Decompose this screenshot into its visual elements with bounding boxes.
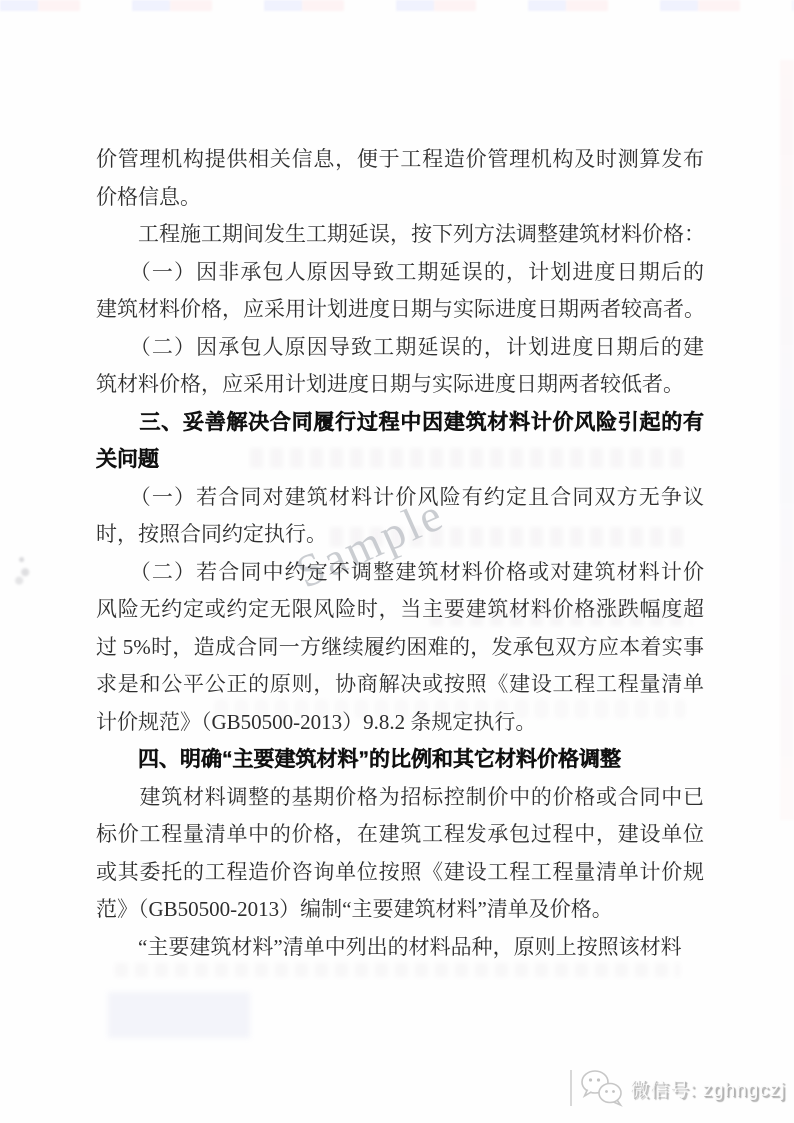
paragraph: “主要建筑材料”清单中列出的材料品种，原则上按照该材料 [96,929,704,967]
paragraph: 建筑材料调整的基期价格为招标控制价中的价格或合同中已标价工程量清单中的价格，在建… [96,779,704,929]
doc-line: “主要建筑材料”清单中列出的材料品种，原则上按照该材料 [96,929,704,967]
doc-line: 工程施工期间发生工期延误，按下列方法调整建筑材料价格： [96,216,704,254]
wechat-icon [580,1069,624,1107]
doc-line: 范》（GB50500-2013）编制“主要建筑材料”清单及价格。 [96,891,704,929]
doc-line: 筑材料价格，应采用计划进度日期与实际进度日期两者较低者。 [96,366,704,404]
doc-line: （一）若合同对建筑材料计价风险有约定且合同双方无争议 [96,479,704,517]
doc-line: 或其委托的工程造价咨询单位按照《建设工程工程量清单计价规 [96,854,704,892]
doc-line: 建筑材料价格，应采用计划进度日期与实际进度日期两者较高者。 [96,291,704,329]
paragraph: 价管理机构提供相关信息，便于工程造价管理机构及时测算发布价格信息。 [96,141,704,216]
doc-line: 求是和公平公正的原则，协商解决或按照《建设工程工程量清单 [96,666,704,704]
paragraph: （一）若合同对建筑材料计价风险有约定且合同双方无争议时，按照合同约定执行。 [96,479,704,554]
heading-line: 四、明确“主要建筑材料”的比例和其它材料价格调整 [96,741,704,779]
doc-line: 价管理机构提供相关信息，便于工程造价管理机构及时测算发布 [96,141,704,179]
scanned-document-page: Sample 价管理机构提供相关信息，便于工程造价管理机构及时测算发布价格信息。… [0,0,794,1123]
doc-line: （二）因承包人原因导致工期延误的，计划进度日期后的建 [96,329,704,367]
doc-line: 时，按照合同约定执行。 [96,516,704,554]
heading-line: 三、妥善解决合同履行过程中因建筑材料计价风险引起的有 [96,404,704,442]
doc-line: （一）因非承包人原因导致工期延误的，计划进度日期后的 [96,254,704,292]
heading-line: 关问题 [96,441,704,479]
scan-edge-noise-top [0,0,794,11]
margin-mark [12,547,36,589]
footer-divider [570,1070,572,1106]
doc-line: 建筑材料调整的基期价格为招标控制价中的价格或合同中已 [96,779,704,817]
doc-line: 过 5%时，造成合同一方继续履约困难的，发承包双方应本着实事 [96,629,704,667]
section-heading: 三、妥善解决合同履行过程中因建筑材料计价风险引起的有关问题 [96,404,704,479]
doc-line: 风险无约定或约定无限风险时，当主要建筑材料价格涨跌幅度超 [96,591,704,629]
paragraph: 工程施工期间发生工期延误，按下列方法调整建筑材料价格： [96,216,704,254]
paragraph: （二）若合同中约定不调整建筑材料价格或对建筑材料计价风险无约定或约定无限风险时，… [96,554,704,742]
wechat-id-label: 微信号: zghngczj [630,1075,786,1102]
scan-edge-noise-right [780,60,794,820]
wechat-footer: 微信号: zghngczj [570,1066,786,1110]
paragraph: （二）因承包人原因导致工期延误的，计划进度日期后的建筑材料价格，应采用计划进度日… [96,329,704,404]
doc-line: 价格信息。 [96,179,704,217]
bleed-through-blob [108,992,250,1038]
doc-line: 标价工程量清单中的价格，在建筑工程发承包过程中，建设单位 [96,816,704,854]
section-heading: 四、明确“主要建筑材料”的比例和其它材料价格调整 [96,741,704,779]
document-text-block: 价管理机构提供相关信息，便于工程造价管理机构及时测算发布价格信息。 工程施工期间… [96,141,704,966]
doc-line: （二）若合同中约定不调整建筑材料价格或对建筑材料计价 [96,554,704,592]
doc-line: 计价规范》（GB50500-2013）9.8.2 条规定执行。 [96,704,704,742]
paragraph: （一）因非承包人原因导致工期延误的，计划进度日期后的建筑材料价格，应采用计划进度… [96,254,704,329]
